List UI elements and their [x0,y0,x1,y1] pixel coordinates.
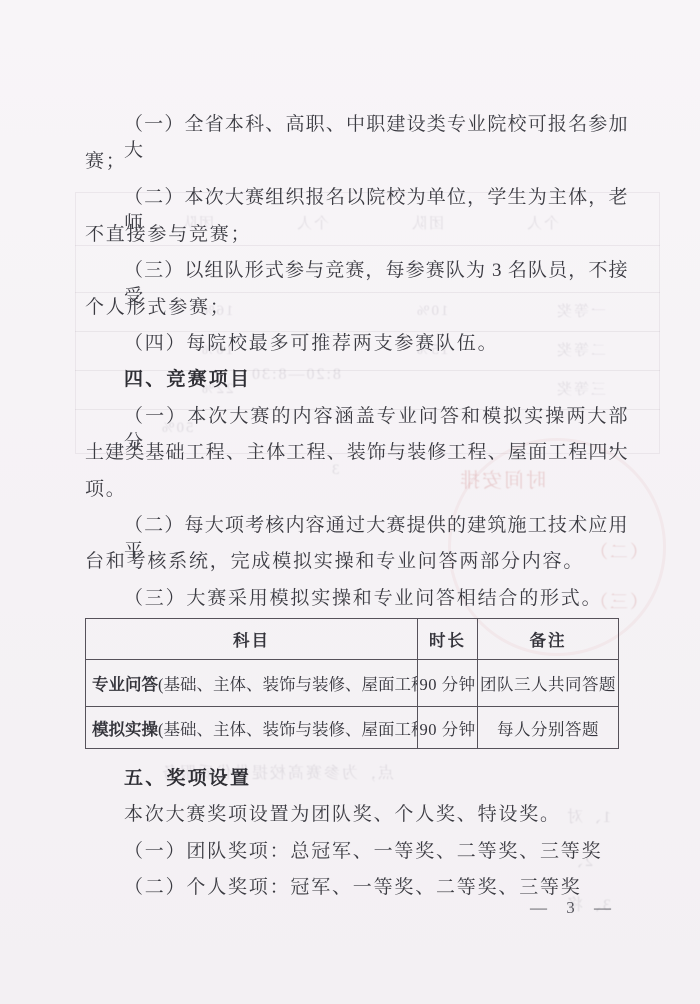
subject-name: 模拟实操 [92,720,158,739]
text-line: 台和考核系统，完成模拟实操和专业问答两部分内容。 [85,549,628,575]
page-number: — 3 — [530,898,614,918]
section-heading-4: 四、竞赛项目 [85,367,628,393]
table-header-note: 备注 [478,619,619,660]
table-row: 模拟实操(基础、主体、装饰与装修、屋面工程) 90 分钟 每人分别答题 [86,707,619,749]
table-row: 专业问答(基础、主体、装饰与装修、屋面工程) 90 分钟 团队三人共同答题 [86,660,619,707]
text-line: 土建类基础工程、主体工程、装饰与装修工程、屋面工程四大 [85,440,628,466]
text-line: 不直接参与竞赛； [85,222,628,248]
subject-cell: 模拟实操(基础、主体、装饰与装修、屋面工程) [86,707,418,749]
subject-detail: (基础、主体、装饰与装修、屋面工程) [158,675,418,694]
text-line: （三）大赛采用模拟实操和专业问答相结合的形式。 [85,586,628,612]
duration-cell: 90 分钟 [418,660,478,707]
note-cell: 团队三人共同答题 [478,660,619,707]
table-header-subject: 科目 [86,619,418,660]
text-line: 项。 [85,477,628,503]
subject-detail: (基础、主体、装饰与装修、屋面工程) [158,720,418,739]
section-heading-5: 五、奖项设置 [85,766,628,792]
text-line: 赛； [85,149,628,175]
duration-cell: 90 分钟 [418,707,478,749]
table-header-row: 科目 时长 备注 [86,619,619,660]
subject-cell: 专业问答(基础、主体、装饰与装修、屋面工程) [86,660,418,707]
scanned-document-page: 团队 个人 团队 个人 16% 10% 一等奖 16% 15% 二等奖 22% … [0,0,700,1004]
note-cell: 每人分别答题 [478,707,619,749]
table-header-duration: 时长 [418,619,478,660]
competition-format-table: 科目 时长 备注 专业问答(基础、主体、装饰与装修、屋面工程) 90 分钟 团队… [85,618,619,749]
text-line: 本次大赛奖项设置为团队奖、个人奖、特设奖。 [85,802,628,828]
subject-name: 专业问答 [92,675,158,694]
text-line: （一）团队奖项：总冠军、一等奖、二等奖、三等奖 [85,839,628,865]
text-line: 个人形式参赛； [85,295,628,321]
text-line: （四）每院校最多可推荐两支参赛队伍。 [85,331,628,357]
document-content: （一）全省本科、高职、中职建设类专业院校可报名参加大 赛； （二）本次大赛组织报… [0,0,700,1004]
